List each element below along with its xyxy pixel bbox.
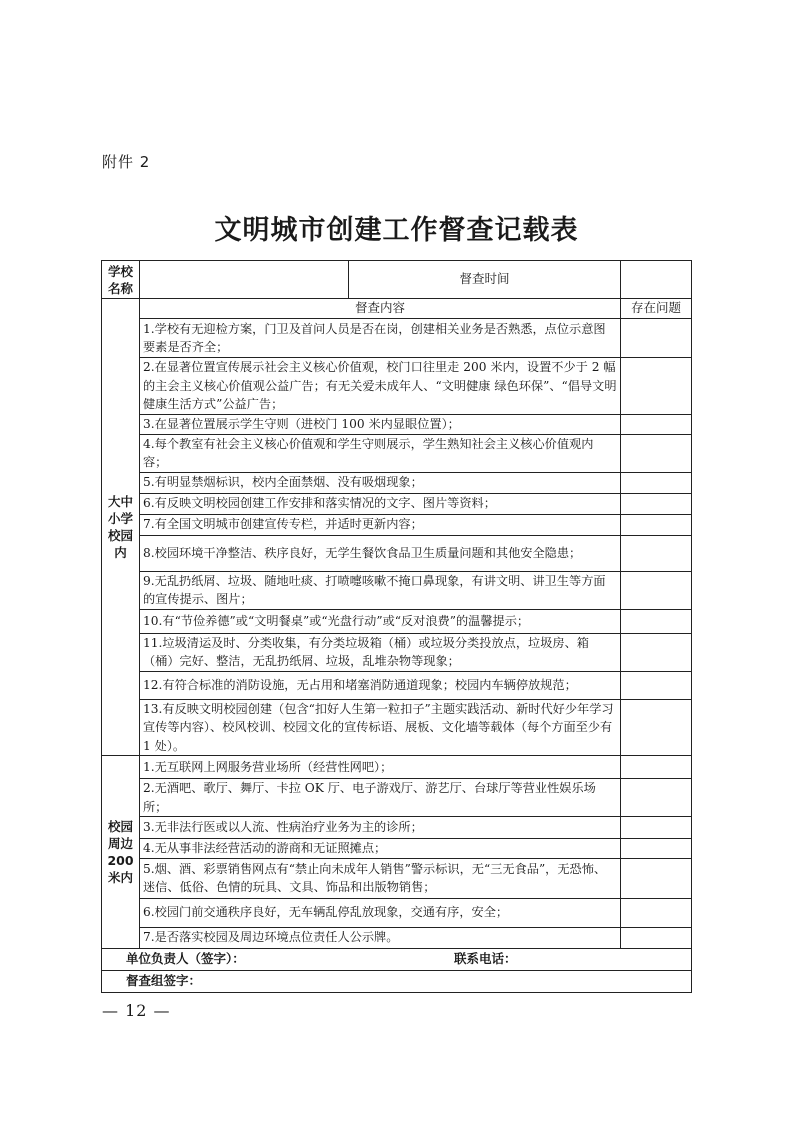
content-column-header: 督查内容: [140, 299, 621, 319]
issue-input[interactable]: [621, 319, 692, 358]
checklist-item-text: 5.有明显禁烟标识，校内全面禁烟、没有吸烟现象；: [140, 472, 621, 493]
checklist-row: 3.无非法行医或以人流、性病治疗业务为主的诊所；: [102, 817, 692, 839]
checklist-row: 13.有反映文明校园创建（包含“扣好人生第一粒扣子”主题实践活动、新时代好少年学…: [102, 699, 692, 756]
section-label-line: 周边: [108, 836, 133, 851]
issue-input[interactable]: [621, 633, 692, 671]
checklist-item-text: 12.有符合标准的消防设施，无占用和堵塞消防通道现象；校园内车辆停放规范；: [140, 671, 621, 699]
checklist-item-text: 3.在显著位置展示学生守则（进校门 100 米内显眼位置）；: [140, 414, 621, 434]
section-label-line: 校园: [108, 528, 133, 543]
inspection-team-row: 督查组签字：: [102, 970, 692, 992]
issue-input[interactable]: [621, 514, 692, 535]
checklist-row: 3.在显著位置展示学生守则（进校门 100 米内显眼位置）；: [102, 414, 692, 434]
section-label-line: 校园: [108, 819, 133, 834]
unit-leader-signature-field[interactable]: 单位负责人（签字）： 联系电话：: [102, 948, 692, 970]
inspection-time-field[interactable]: [621, 261, 692, 299]
issue-input[interactable]: [621, 898, 692, 927]
inspection-record-table: 学校名称 督查时间 大中小学校园内 督查内容 存在问题 1.学校有无迎检方案，门…: [101, 260, 692, 993]
checklist-row: 7.有全国文明城市创建宣传专栏，并适时更新内容；: [102, 514, 692, 535]
checklist-row: 6.校园门前交通秩序良好，无车辆乱停乱放现象，交通有序，安全；: [102, 898, 692, 927]
unit-leader-label: 单位负责人（签字）：: [126, 951, 245, 966]
issue-input[interactable]: [621, 493, 692, 514]
page-number: — 12 —: [102, 1001, 171, 1020]
issue-input[interactable]: [621, 779, 692, 817]
checklist-row: 5.烟、酒、彩票销售网点有“禁止向未成年人销售”警示标识，无“三无食品”，无恐怖…: [102, 858, 692, 898]
checklist-row: 1.学校有无迎检方案，门卫及首问人员是否在岗，创建相关业务是否熟悉，点位示意图要…: [102, 319, 692, 358]
section-label-surroundings: 校园周边200米内: [102, 756, 140, 949]
school-name-field[interactable]: [140, 261, 349, 299]
inspection-team-label: 督查组签字：: [126, 973, 201, 988]
header-row: 学校名称 督查时间: [102, 261, 692, 299]
section-label-line: 200: [107, 853, 133, 868]
checklist-item-text: 4.无从事非法经营活动的游商和无证照摊点；: [140, 839, 621, 859]
checklist-item-text: 1.无互联网上网服务营业场所（经营性网吧）；: [140, 756, 621, 779]
checklist-row: 2.在显著位置宣传展示社会主义核心价值观，校门口往里走 200 米内，设置不少于…: [102, 358, 692, 415]
unit-leader-row: 单位负责人（签字）： 联系电话：: [102, 948, 692, 970]
issue-input[interactable]: [621, 571, 692, 609]
checklist-item-text: 6.校园门前交通秩序良好，无车辆乱停乱放现象，交通有序，安全；: [140, 898, 621, 927]
checklist-row: 4.无从事非法经营活动的游商和无证照摊点；: [102, 839, 692, 859]
checklist-row: 5.有明显禁烟标识，校内全面禁烟、没有吸烟现象；: [102, 472, 692, 493]
attachment-label: 附件 2: [102, 151, 150, 172]
inspection-team-signature-field[interactable]: 督查组签字：: [102, 970, 692, 992]
checklist-row: 12.有符合标准的消防设施，无占用和堵塞消防通道现象；校园内车辆停放规范；: [102, 671, 692, 699]
section-label-line: 米内: [108, 870, 133, 885]
section-label-line: 小学: [108, 511, 133, 526]
checklist-row: 校园周边200米内 1.无互联网上网服务营业场所（经营性网吧）；: [102, 756, 692, 779]
issue-input[interactable]: [621, 472, 692, 493]
inspection-time-label: 督查时间: [349, 261, 621, 299]
issue-input[interactable]: [621, 671, 692, 699]
checklist-item-text: 2.在显著位置宣传展示社会主义核心价值观，校门口往里走 200 米内，设置不少于…: [140, 358, 621, 415]
checklist-row: 11.垃圾清运及时、分类收集，有分类垃圾箱（桶）或垃圾分类投放点，垃圾房、箱（桶…: [102, 633, 692, 671]
issue-input[interactable]: [621, 609, 692, 633]
checklist-item-text: 13.有反映文明校园创建（包含“扣好人生第一粒扣子”主题实践活动、新时代好少年学…: [140, 699, 621, 756]
column-header-row: 大中小学校园内 督查内容 存在问题: [102, 299, 692, 319]
checklist-row: 4.每个教室有社会主义核心价值观和学生守则展示，学生熟知社会主义核心价值观内容；: [102, 434, 692, 472]
issue-input[interactable]: [621, 358, 692, 415]
issue-input[interactable]: [621, 817, 692, 839]
school-name-label: 学校名称: [102, 261, 140, 299]
checklist-item-text: 7.是否落实校园及周边环境点位责任人公示牌。: [140, 927, 621, 948]
issue-input[interactable]: [621, 927, 692, 948]
checklist-row: 10.有“节俭养德”或“文明餐桌”或“光盘行动”或“反对浪费”的温馨提示；: [102, 609, 692, 633]
issues-column-header: 存在问题: [621, 299, 692, 319]
checklist-item-text: 1.学校有无迎检方案，门卫及首问人员是否在岗，创建相关业务是否熟悉，点位示意图要…: [140, 319, 621, 358]
issue-input[interactable]: [621, 434, 692, 472]
issue-input[interactable]: [621, 699, 692, 756]
checklist-row: 9.无乱扔纸屑、垃圾、随地吐痰、打喷嚏咳嗽不掩口鼻现象，有讲文明、讲卫生等方面的…: [102, 571, 692, 609]
checklist-row: 7.是否落实校园及周边环境点位责任人公示牌。: [102, 927, 692, 948]
checklist-item-text: 9.无乱扔纸屑、垃圾、随地吐痰、打喷嚏咳嗽不掩口鼻现象，有讲文明、讲卫生等方面的…: [140, 571, 621, 609]
checklist-item-text: 5.烟、酒、彩票销售网点有“禁止向未成年人销售”警示标识，无“三无食品”，无恐怖…: [140, 858, 621, 898]
section-label-line: 内: [114, 545, 127, 560]
issue-input[interactable]: [621, 756, 692, 779]
issue-input[interactable]: [621, 535, 692, 571]
checklist-item-text: 3.无非法行医或以人流、性病治疗业务为主的诊所；: [140, 817, 621, 839]
checklist-row: 2.无酒吧、歌厅、舞厅、卡拉 OK 厅、电子游戏厅、游艺厅、台球厅等营业性娱乐场…: [102, 779, 692, 817]
checklist-item-text: 7.有全国文明城市创建宣传专栏，并适时更新内容；: [140, 514, 621, 535]
issue-input[interactable]: [621, 414, 692, 434]
section-label-campus: 大中小学校园内: [102, 299, 140, 756]
checklist-item-text: 11.垃圾清运及时、分类收集，有分类垃圾箱（桶）或垃圾分类投放点，垃圾房、箱（桶…: [140, 633, 621, 671]
checklist-row: 6.有反映文明校园创建工作安排和落实情况的文字、图片等资料；: [102, 493, 692, 514]
checklist-row: 8.校园环境干净整洁、秩序良好，无学生餐饮食品卫生质量问题和其他安全隐患；: [102, 535, 692, 571]
issue-input[interactable]: [621, 839, 692, 859]
document-title: 文明城市创建工作督查记载表: [0, 208, 793, 247]
checklist-item-text: 4.每个教室有社会主义核心价值观和学生守则展示，学生熟知社会主义核心价值观内容；: [140, 434, 621, 472]
section-label-line: 大中: [108, 494, 133, 509]
phone-label: 联系电话：: [454, 950, 517, 969]
issue-input[interactable]: [621, 858, 692, 898]
checklist-item-text: 10.有“节俭养德”或“文明餐桌”或“光盘行动”或“反对浪费”的温馨提示；: [140, 609, 621, 633]
checklist-item-text: 6.有反映文明校园创建工作安排和落实情况的文字、图片等资料；: [140, 493, 621, 514]
checklist-item-text: 2.无酒吧、歌厅、舞厅、卡拉 OK 厅、电子游戏厅、游艺厅、台球厅等营业性娱乐场…: [140, 779, 621, 817]
checklist-item-text: 8.校园环境干净整洁、秩序良好，无学生餐饮食品卫生质量问题和其他安全隐患；: [140, 535, 621, 571]
